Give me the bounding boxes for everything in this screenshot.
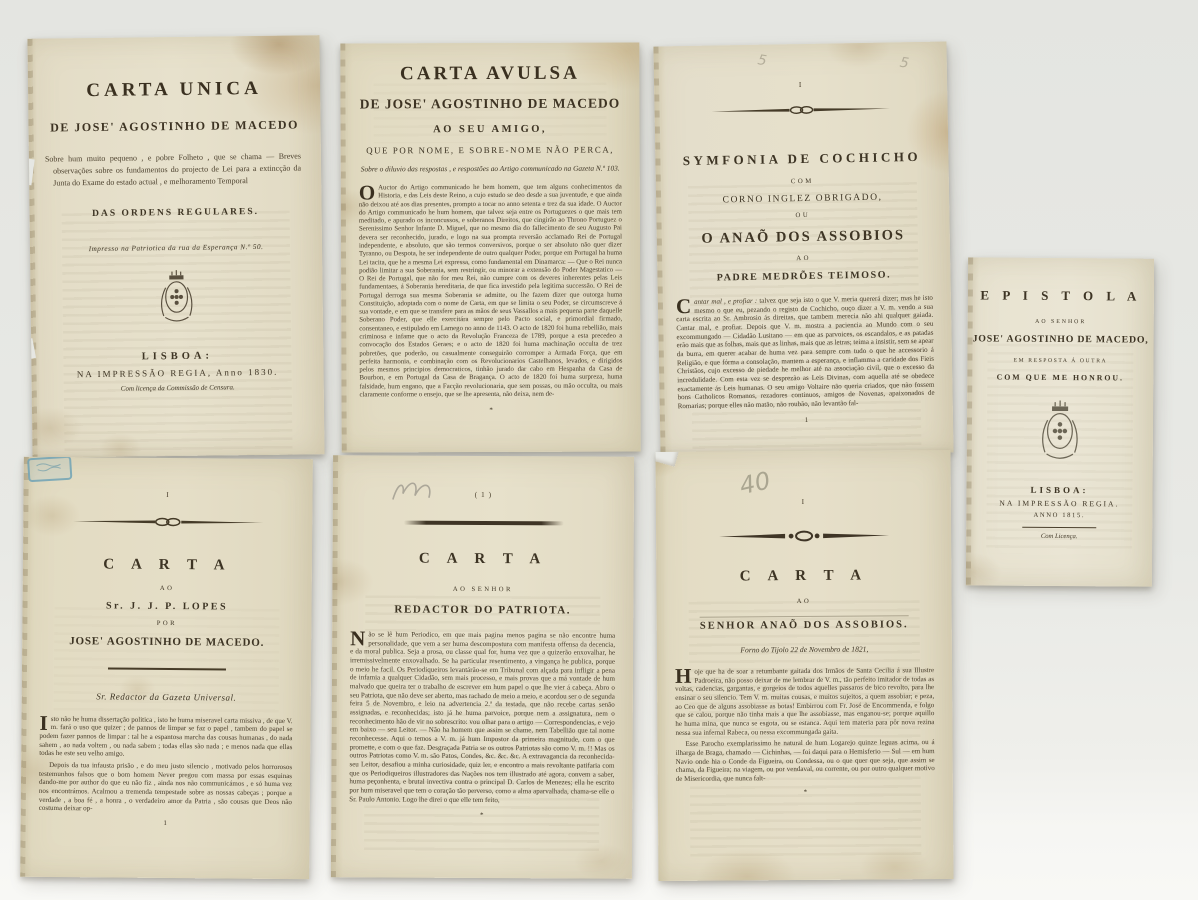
ornament-divider: [73, 516, 263, 528]
paper-tear: [656, 450, 680, 467]
addressee-line: AO SEU AMIGO,: [341, 123, 640, 135]
paragraph-text: Depois da tua infausta prisão , e do meu…: [39, 761, 292, 813]
body-text: Hoje que ha de soar a retumbante gaitada…: [657, 666, 953, 784]
subtitle-text: Sobre hum muito pequeno , e pobre Folhet…: [29, 150, 321, 190]
city-line: LISBOA:: [31, 349, 323, 364]
publisher-line: NA IMPRESSÃO REGIA, Anno 1830.: [31, 366, 323, 380]
body-paragraph: Esse Parocho exemplarissimo he natural d…: [676, 738, 935, 783]
dateline: Forno do Tijolo 22 de Novembro de 1821,: [657, 644, 952, 655]
folio-mark: 1: [660, 413, 953, 426]
subtitle-text: Sobre o diluvio das respostas , e respos…: [341, 163, 640, 174]
rule-divider: [403, 521, 563, 526]
pamphlet-title: C A R T A: [23, 556, 312, 576]
ornament-divider: [719, 529, 889, 542]
title-line-2: CORNO INGLEZ OBRIGADO,: [656, 191, 949, 206]
body-text: Cantar mal , e profiar : talvez que seja…: [658, 293, 953, 411]
publisher-line: NA IMPRESSÃO REGIA.: [966, 498, 1152, 508]
page-number: I: [654, 77, 947, 91]
royal-arms-emblem: [967, 397, 1153, 469]
paragraph-text: Esse Parocho exemplarissimo he natural d…: [676, 738, 935, 782]
conjunction-line: AO: [23, 584, 312, 594]
folio-mark: *: [342, 406, 641, 415]
drop-cap: N: [350, 630, 368, 646]
conjunction-line: COM: [656, 175, 949, 187]
drop-cap: H: [675, 668, 694, 684]
pencil-inscription: 5: [757, 52, 768, 69]
title-line-4: PADRE MEDRÕES TEIMOSO.: [657, 268, 950, 284]
rule-divider: [1022, 527, 1096, 529]
conjunction-line: POR: [22, 619, 311, 629]
city-line: LISBOA:: [966, 484, 1152, 495]
pamphlet-carta-anao-assobios: 40 I C A R T A AO SENHOR ANAÕ DOS ASSOBI…: [656, 450, 954, 881]
paper-tear: [27, 338, 36, 359]
folio-mark: *: [658, 787, 953, 797]
drop-cap: I: [39, 714, 50, 730]
page-number: I: [656, 496, 951, 507]
year-line: ANNO 1815.: [966, 511, 1152, 519]
page-number: I: [23, 489, 312, 501]
royal-arms-emblem: [30, 266, 323, 333]
drop-cap: C: [676, 298, 694, 314]
page-number: ( 1 ): [333, 489, 634, 500]
pamphlet-title: C A R T A: [333, 550, 634, 569]
pencil-inscription: 40: [737, 466, 773, 500]
title-line-3: O ANAÕ DOS ASSOBIOS: [657, 226, 950, 248]
section-line: DAS ORDENS REGULARES.: [30, 206, 322, 220]
addressee-line: REDACTOR DO PATRIOTA.: [332, 603, 633, 617]
author-line: JOSE' AGOSTINHO DE MACEDO,: [968, 333, 1154, 345]
pamphlet-carta-ao-lopes: I C A R T A AO Sr. J. J. P. LOPES POR JO…: [20, 457, 313, 880]
paragraph-text: oje que ha de soar a retumbante gaitada …: [675, 666, 934, 737]
addressee-line: SENHOR ANAÕ DOS ASSOBIOS.: [700, 615, 909, 631]
body-text: Não se lê hum Periodico, em que mais pag…: [331, 630, 633, 805]
pamphlet-epistola: E P I S T O L A AO SENHOR JOSE' AGOSTINH…: [966, 257, 1154, 586]
pamphlet-symfonia-de-cochicho: 5 5 I SYMFONIA DE COCHICHO COM CORNO ING…: [653, 41, 953, 457]
body-paragraph: Isto não he huma dissertação politica , …: [39, 714, 292, 760]
addressee-line-2: QUE POR NOME, E SOBRE-NOME NÃO PERCA,: [341, 144, 640, 155]
salutation-line: Sr. Redactor da Gazeta Universal.: [22, 690, 311, 703]
author-line: DE JOSE' AGOSTINHO DE MACEDO: [28, 117, 320, 136]
rule-divider: [107, 667, 225, 670]
folio-mark: 1: [21, 818, 310, 829]
pamphlet-title: E P I S T O L A: [968, 287, 1154, 304]
body-lead-italic: antar mal , e profiar :: [694, 297, 757, 306]
paper-tear: [27, 158, 34, 185]
drop-cap: O: [359, 184, 378, 200]
title-line-4: COM QUE ME HONROU.: [967, 372, 1153, 382]
conjunction-line: AO SENHOR: [332, 585, 633, 594]
photograph-of-antique-pamphlets: CARTA UNICA DE JOSE' AGOSTINHO DE MACEDO…: [0, 0, 1198, 900]
conjunction-line: AO: [657, 252, 950, 264]
body-paragraph: Depois da tua infausta prisão , e do meu…: [39, 761, 292, 815]
library-stamp: [27, 457, 72, 483]
author-line: JOSE' AGOSTINHO DE MACEDO.: [22, 635, 311, 650]
body-text: OAuctor do Artigo communicado he bem hom…: [341, 183, 641, 399]
addressee-line: Sr. J. J. P. LOPES: [22, 600, 311, 614]
pamphlet-title: SYMFONIA DE COCHICHO: [655, 148, 948, 169]
pamphlet-title: CARTA UNICA: [28, 77, 320, 103]
author-line: DE JOSE' AGOSTINHO DE MACEDO: [340, 95, 639, 112]
pamphlet-carta-unica: CARTA UNICA DE JOSE' AGOSTINHO DE MACEDO…: [27, 35, 324, 458]
imprint-note: Impresso na Patriotica da rua da Esperan…: [30, 242, 322, 254]
pamphlet-carta-redactor-patriota: ( 1 ) C A R T A AO SENHOR REDACTOR DO PA…: [331, 455, 634, 879]
conjunction-line: OU: [656, 209, 949, 221]
folio-mark: *: [331, 811, 632, 821]
body-text: Isto não he huma dissertação politica , …: [21, 714, 311, 815]
licence-line: Com Licença.: [966, 532, 1152, 540]
paragraph-text: sto não he huma dissertação politica , i…: [39, 715, 292, 758]
pencil-squiggle: [389, 478, 443, 504]
body-paragraph: talvez que seja isto o que V. me­ria que…: [676, 294, 934, 411]
body-paragraph: ão se lê hum Periodico, em que mais pagi…: [349, 630, 615, 803]
pamphlet-title: CARTA AVULSA: [340, 62, 639, 85]
body-paragraph: Auctor do Artigo communicado he bem home…: [359, 184, 623, 399]
licence-line: Com licença da Commissão de Censura.: [32, 382, 324, 394]
pamphlet-title: C A R T A: [656, 567, 951, 586]
title-line-3: EM RESPOSTA Á OUTRA: [967, 357, 1153, 364]
conjunction-line: AO SENHOR: [968, 318, 1154, 325]
body-paragraph: Hoje que ha de soar a retumbante gaitada…: [675, 666, 934, 737]
pencil-inscription: 5: [899, 55, 910, 72]
pamphlet-carta-avulsa: CARTA AVULSA DE JOSE' AGOSTINHO DE MACED…: [340, 42, 640, 452]
ornament-divider: [711, 103, 891, 116]
